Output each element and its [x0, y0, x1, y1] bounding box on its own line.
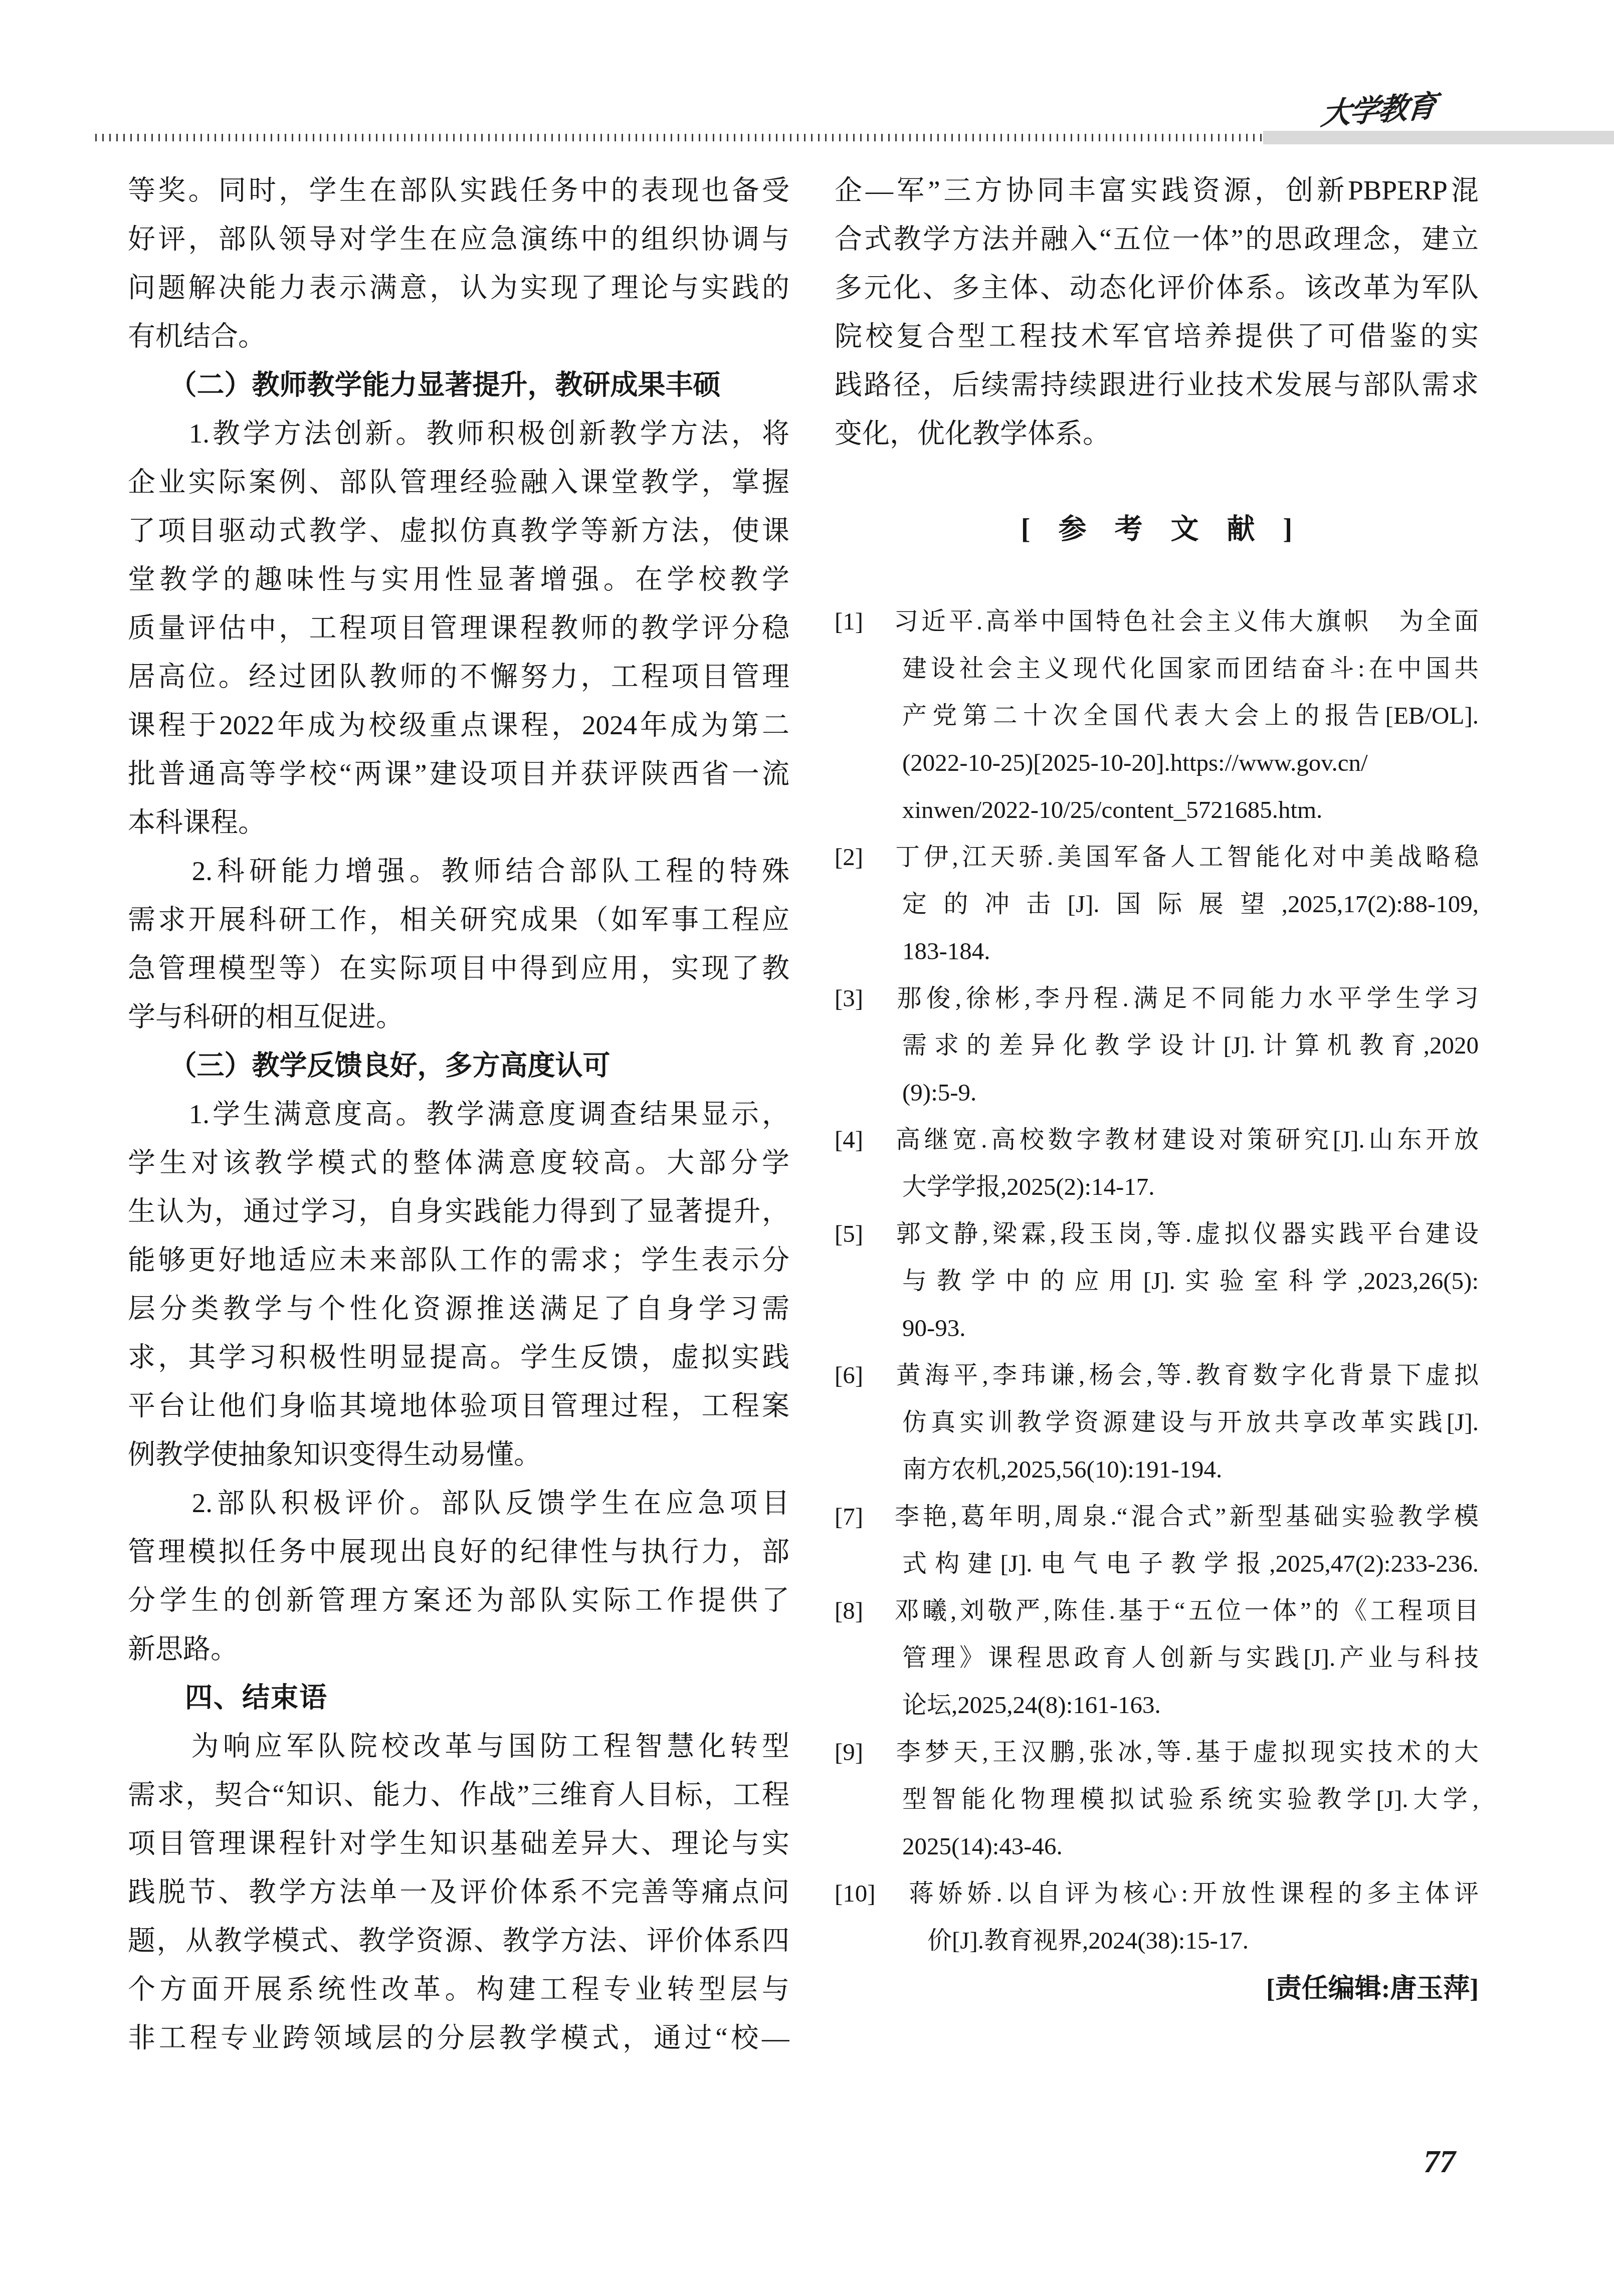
reference-line: xinwen/2022-10/25/content_5721685.htm. — [835, 786, 1479, 833]
reference-line: 建设社会主义现代化国家而团结奋斗:在中国共 — [835, 645, 1479, 692]
reference-line: [4] 高继宽.高校数字教材建设对策研究[J].山东开放 — [835, 1116, 1479, 1163]
text-line: 非工程专业跨领域层的分层教学模式，通过“校— — [128, 2013, 789, 2062]
text-line: 需求开展科研工作，相关研究成果（如军事工程应 — [128, 895, 789, 944]
conclusion-paragraph: 企—军”三方协同丰富实践资源，创新PBPERP混合式教学方法并融入“五位一体”的… — [835, 166, 1479, 458]
text-line: 例教学使抽象知识变得生动易懂。 — [128, 1430, 789, 1479]
text-line: 课程于2022年成为校级重点课程，2024年成为第二 — [128, 701, 789, 749]
reference-line: [8] 邓曦,刘敬严,陈佳.基于“五位一体”的《工程项目 — [835, 1587, 1479, 1634]
reference-line: 大学学报,2025(2):14-17. — [835, 1163, 1479, 1210]
text-line: 需求，契合“知识、能力、作战”三维育人目标，工程 — [128, 1770, 789, 1819]
text-line: 企—军”三方协同丰富实践资源，创新PBPERP混 — [835, 166, 1479, 215]
text-line: 1.学生满意度高。教学满意度调查结果显示， — [128, 1090, 789, 1138]
reference-line: 产党第二十次全国代表大会上的报告[EB/OL]. — [835, 692, 1479, 739]
text-line: 等奖。同时，学生在部队实践任务中的表现也备受 — [128, 166, 789, 215]
text-line: （三）教学反馈良好，多方高度认可 — [128, 1041, 789, 1090]
text-line: 质量评估中，工程项目管理课程教师的教学评分稳 — [128, 603, 789, 652]
right-column: 企—军”三方协同丰富实践资源，创新PBPERP混合式教学方法并融入“五位一体”的… — [835, 166, 1479, 2012]
reference-line: 价[J].教育视界,2024(38):15-17. — [835, 1917, 1479, 1964]
reference-line: 型智能化物理模拟试验系统实验教学[J].大学, — [835, 1776, 1479, 1823]
text-line: 个方面开展系统性改革。构建工程专业转型层与 — [128, 1965, 789, 2013]
reference-line: [9] 李梦天,王汉鹏,张冰,等.基于虚拟现实技术的大 — [835, 1729, 1479, 1776]
text-line: 堂教学的趣味性与实用性显著增强。在学校教学 — [128, 555, 789, 603]
text-line: 院校复合型工程技术军官培养提供了可借鉴的实 — [835, 312, 1479, 360]
text-line: 层分类教学与个性化资源推送满足了自身学习需 — [128, 1284, 789, 1333]
text-line: 生认为，通过学习，自身实践能力得到了显著提升， — [128, 1187, 789, 1235]
text-line: 四、结束语 — [128, 1673, 789, 1722]
reference-line: [5] 郭文静,梁霖,段玉岗,等.虚拟仪器实践平台建设 — [835, 1210, 1479, 1258]
reference-line: [6] 黄海平,李玮谦,杨会,等.教育数字化背景下虚拟 — [835, 1352, 1479, 1399]
text-line: 求，其学习积极性明显提高。学生反馈，虚拟实践 — [128, 1333, 789, 1381]
text-line: 平台让他们身临其境地体验项目管理过程，工程案 — [128, 1381, 789, 1430]
text-line: 践脱节、教学方法单一及评价体系不完善等痛点问 — [128, 1867, 789, 1916]
reference-line: (2022-10-25)[2025-10-20].https://www.gov… — [835, 739, 1479, 786]
page-number: 77 — [1424, 2143, 1456, 2180]
reference-line: 需求的差异化教学设计[J].计算机教育,2020 — [835, 1022, 1479, 1069]
text-line: 2.科研能力增强。教师结合部队工程的特殊 — [128, 847, 789, 895]
text-line: 急管理模型等）在实际项目中得到应用，实现了教 — [128, 944, 789, 992]
text-line: 分学生的创新管理方案还为部队实际工作提供了 — [128, 1576, 789, 1624]
text-line: 为响应军队院校改革与国防工程智慧化转型 — [128, 1722, 789, 1770]
text-line: 合式教学方法并融入“五位一体”的思政理念，建立 — [835, 215, 1479, 263]
reference-line: 183-184. — [835, 928, 1479, 975]
reference-line: 仿真实训教学资源建设与开放共享改革实践[J]. — [835, 1399, 1479, 1446]
text-line: 有机结合。 — [128, 312, 789, 360]
reference-line: [2] 丁伊,江天骄.美国军备人工智能化对中美战略稳 — [835, 833, 1479, 881]
text-line: 学生对该教学模式的整体满意度较高。大部分学 — [128, 1138, 789, 1187]
text-line: 本科课程。 — [128, 798, 789, 847]
reference-line: 南方农机,2025,56(10):191-194. — [835, 1446, 1479, 1493]
reference-line: 定的冲击[J].国际展望,2025,17(2):88-109, — [835, 881, 1479, 928]
text-line: 居高位。经过团队教师的不懈努力，工程项目管理 — [128, 652, 789, 701]
reference-line: [1] 习近平.高举中国特色社会主义伟大旗帜 为全面 — [835, 598, 1479, 645]
references-heading: [ 参 考 文 献 ] — [835, 505, 1479, 554]
reference-line: 论坛,2025,24(8):161-163. — [835, 1682, 1479, 1729]
text-line: 题，从教学模式、教学资源、教学方法、评价体系四 — [128, 1916, 789, 1965]
header-dotted-rule — [95, 134, 1263, 141]
text-line: 变化，优化教学体系。 — [835, 409, 1479, 458]
text-line: 多元化、多主体、动态化评价体系。该改革为军队 — [835, 263, 1479, 312]
text-line: 学与科研的相互促进。 — [128, 992, 789, 1041]
references-list: [1] 习近平.高举中国特色社会主义伟大旗帜 为全面建设社会主义现代化国家而团结… — [835, 598, 1479, 1964]
text-line: 好评，部队领导对学生在应急演练中的组织协调与 — [128, 215, 789, 263]
text-line: 企业实际案例、部队管理经验融入课堂教学，掌握 — [128, 458, 789, 506]
header-gray-bar — [1263, 131, 1614, 144]
text-line: 项目管理课程针对学生知识基础差异大、理论与实 — [128, 1819, 789, 1867]
text-line: （二）教师教学能力显著提升，教研成果丰硕 — [128, 360, 789, 409]
text-line: 2.部队积极评价。部队反馈学生在应急项目 — [128, 1479, 789, 1527]
reference-line: (9):5-9. — [835, 1069, 1479, 1116]
reference-line: [7] 李艳,葛年明,周泉.“混合式”新型基础实验教学模 — [835, 1493, 1479, 1540]
text-line: 践路径，后续需持续跟进行业技术发展与部队需求 — [835, 360, 1479, 409]
reference-line: 与教学中的应用[J].实验室科学,2023,26(5): — [835, 1258, 1479, 1305]
text-line: 管理模拟任务中展现出良好的纪律性与执行力，部 — [128, 1527, 789, 1576]
journal-page: 大学教育 等奖。同时，学生在部队实践任务中的表现也备受好评，部队领导对学生在应急… — [0, 0, 1614, 2296]
reference-line: 式构建[J].电气电子教学报,2025,47(2):233-236. — [835, 1540, 1479, 1587]
reference-line: [10] 蒋娇娇.以自评为核心:开放性课程的多主体评 — [835, 1870, 1479, 1917]
journal-logo: 大学教育 — [1319, 82, 1439, 134]
editor-note: [责任编辑:唐玉萍] — [835, 1965, 1479, 2012]
text-line: 新思路。 — [128, 1624, 789, 1673]
left-column: 等奖。同时，学生在部队实践任务中的表现也备受好评，部队领导对学生在应急演练中的组… — [128, 166, 789, 2062]
text-line: 能够更好地适应未来部队工作的需求；学生表示分 — [128, 1235, 789, 1284]
reference-line: 2025(14):43-46. — [835, 1823, 1479, 1870]
text-line: 问题解决能力表示满意，认为实现了理论与实践的 — [128, 263, 789, 312]
reference-line: 90-93. — [835, 1305, 1479, 1352]
reference-line: 管理》课程思政育人创新与实践[J].产业与科技 — [835, 1634, 1479, 1682]
text-line: 批普通高等学校“两课”建设项目并获评陕西省一流 — [128, 749, 789, 798]
text-line: 了项目驱动式教学、虚拟仿真教学等新方法，使课 — [128, 506, 789, 555]
text-line: 1.教学方法创新。教师积极创新教学方法，将 — [128, 409, 789, 458]
reference-line: [3] 那俊,徐彬,李丹程.满足不同能力水平学生学习 — [835, 975, 1479, 1022]
